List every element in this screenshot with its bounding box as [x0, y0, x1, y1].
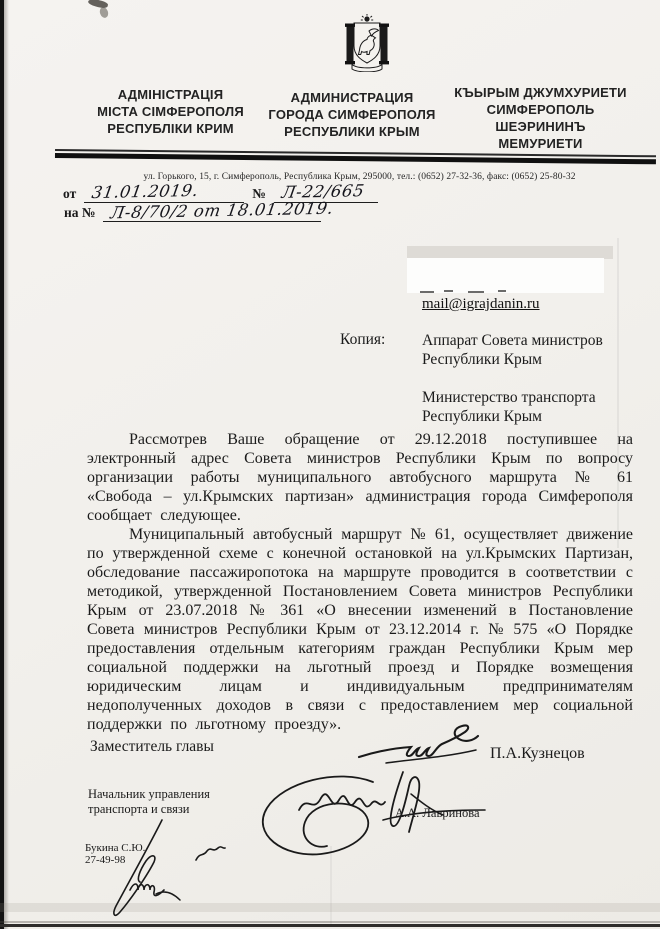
handwritten-outgoing-date: 31.01.2019. — [91, 182, 200, 201]
body-paragraph: Муниципальный автобусный маршрут № 61, о… — [87, 525, 633, 734]
scan-bottom-edge — [0, 924, 660, 927]
reply-label: на № — [64, 205, 95, 222]
org-name-ukrainian: АДМІНІСТРАЦІЯ МІСТА СІМФЕРОПОЛЯ РЕСПУБЛІ… — [68, 86, 273, 137]
org-name-line: СИМФЕРОПОЛЬ — [438, 101, 643, 118]
copy-recipient-line: Республики Крым — [422, 407, 632, 426]
org-name-line: ШЕЭРИНИНЪ — [438, 118, 643, 135]
org-name-line: МІСТА СІМФЕРОПОЛЯ — [68, 103, 273, 120]
signer2-title: Начальник управления транспорта и связи — [88, 787, 210, 817]
org-name-line: АДМИНИСТРАЦИЯ — [262, 89, 442, 106]
redaction-white-box — [407, 258, 604, 293]
org-name-line: КЪЫРЫМ ДЖУМХУРИЕТИ — [438, 84, 643, 101]
copy-recipients: Аппарат Совета министров Республики Крым… — [422, 331, 632, 426]
signer1-title: Заместитель главы — [90, 738, 214, 756]
org-name-line: РЕСПУБЛИКИ КРЫМ — [262, 123, 442, 140]
org-name-line: РЕСПУБЛІКИ КРИМ — [68, 120, 273, 137]
org-name-line: ГОРОДА СИМФЕРОПОЛЯ — [262, 106, 442, 123]
org-name-line: АДМІНІСТРАЦІЯ — [68, 86, 273, 103]
signer1-name: П.А.Кузнецов — [490, 745, 585, 763]
org-name-line: МЕМУРИЕТИ — [438, 135, 643, 152]
reply-number-field: Л-8/70/2 от 18.01.2019. — [103, 202, 321, 222]
copy-recipient: Аппарат Совета министров Республики Крым — [422, 331, 632, 369]
paper-crease-band — [0, 903, 660, 912]
copy-recipient: Министерство транспорта Республики Крым — [422, 388, 632, 426]
copy-recipient-line: Аппарат Совета министров — [422, 331, 632, 350]
signer2-title-line: Начальник управления — [88, 787, 210, 802]
scan-left-shadow — [4, 0, 9, 929]
from-label: от — [63, 186, 76, 203]
handwritten-reply-number: Л-8/70/2 от 18.01.2019. — [110, 200, 335, 222]
redacted-text-remnant — [468, 291, 484, 293]
signer2-title-line: транспорта и связи — [88, 802, 210, 817]
outgoing-date-field: 31.01.2019. — [84, 183, 244, 203]
redacted-text-remnant — [444, 290, 453, 292]
copy-label: Копия: — [340, 331, 385, 349]
scan-smudge — [98, 6, 109, 19]
org-name-crimean-tatar: КЪЫРЫМ ДЖУМХУРИЕТИ СИМФЕРОПОЛЬ ШЕЭРИНИНЪ… — [438, 84, 643, 152]
reference-row-reply: на № Л-8/70/2 от 18.01.2019. — [64, 202, 321, 222]
recipient-email: mail@igrajdanin.ru — [422, 296, 540, 313]
signature-bukina — [100, 818, 196, 920]
coat-of-arms-icon — [344, 14, 390, 72]
copy-recipient-line: Республики Крым — [422, 350, 632, 369]
scan-bottom-shadow — [0, 921, 660, 923]
org-name-russian: АДМИНИСТРАЦИЯ ГОРОДА СИМФЕРОПОЛЯ РЕСПУБЛ… — [262, 89, 442, 140]
letter-body: Рассмотрев Ваше обращение от 29.12.2018 … — [87, 430, 633, 734]
signer2-name: А.А. Лавринова — [395, 806, 480, 821]
pen-check-mark — [194, 846, 228, 864]
scanned-letter-page: АДМІНІСТРАЦІЯ МІСТА СІМФЕРОПОЛЯ РЕСПУБЛІ… — [0, 0, 660, 929]
body-paragraph: Рассмотрев Ваше обращение от 29.12.2018 … — [87, 430, 633, 525]
redacted-text-remnant — [498, 290, 506, 292]
redacted-text-remnant — [420, 291, 434, 293]
copy-recipient-line: Министерство транспорта — [422, 388, 632, 407]
